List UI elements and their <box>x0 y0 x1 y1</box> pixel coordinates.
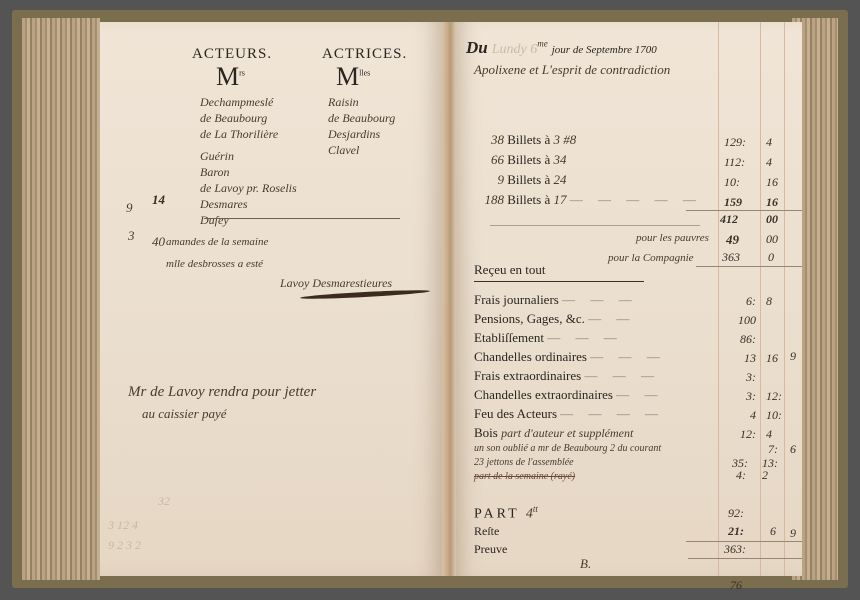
extra-row: 23 jettons de l'assemblée <box>474 456 661 470</box>
actor-name: Baron <box>200 164 297 180</box>
company-livres: 363 <box>722 250 740 265</box>
expense-livres-column: 6: 100 86: 13 3: 3: 4 12: <box>732 292 756 444</box>
reste-sols: 6 <box>770 524 776 539</box>
sum-rule <box>686 210 802 211</box>
received-label: Reçeu en tout <box>474 262 545 278</box>
faint-number: 3 12 4 <box>108 518 138 533</box>
actor-name: de Beaubourg <box>200 110 297 126</box>
ticket-row: 188 Billets à 17 — — — — — <box>478 190 702 210</box>
reste-deniers: 9 <box>790 526 796 541</box>
company-sols: 0 <box>768 250 774 265</box>
actor-name: Desmares <box>200 196 297 212</box>
ledger-column-line <box>760 22 761 576</box>
total-livres: 412 <box>720 212 738 227</box>
poor-livres: 49 <box>726 232 739 248</box>
date-line: Du Lundy 6me jour de Septembre 1700 <box>466 38 657 58</box>
sum-rule <box>696 266 802 267</box>
actress-name: de Beaubourg <box>328 110 395 126</box>
note-line: amandes de la semaine <box>166 236 268 248</box>
ticket-row: 66 Billets à 34 <box>478 150 702 170</box>
actor-name: Dechampmeslé <box>200 94 297 110</box>
ticket-sols-column: 4 4 16 16 <box>766 132 778 212</box>
sum-rule <box>688 558 802 559</box>
total-sols: 00 <box>766 212 778 227</box>
part-row: PART 4tt <box>474 504 538 523</box>
actresses-heading: ACTRICES. <box>322 46 407 63</box>
actor-name: de Lavoy pr. Roselis <box>200 180 297 196</box>
note-line: mlle desbrosses a esté <box>166 258 263 270</box>
handwritten-extras: un son oublié a mr de Beaubourg 2 du cou… <box>474 442 661 484</box>
list-divider <box>204 218 400 219</box>
reste-livres: 21: <box>728 524 744 539</box>
part-livres: 92: <box>728 506 744 521</box>
note-line: Mr de Lavoy rendra pour jetter <box>128 384 316 401</box>
divider <box>490 225 700 226</box>
date-day: Lundy 6 <box>492 42 538 57</box>
reste-label: Reſte <box>474 524 499 539</box>
margin-number: 3 <box>128 228 135 244</box>
expense-row: Chandelles extraordinaires — — <box>474 385 666 404</box>
ticket-list: 38 Billets à 3 #8 66 Billets à 34 9 Bill… <box>478 130 702 210</box>
actor-name: Dufey <box>200 212 297 228</box>
actor-name: Guérin <box>200 148 297 164</box>
ledger-column-line <box>718 22 719 576</box>
initial-mark: B. <box>580 556 591 572</box>
actress-name: Desjardins <box>328 126 395 142</box>
note-line: au caissier payé <box>142 406 226 422</box>
expense-row: Bois part d'auteur et supplément <box>474 423 666 443</box>
received-rule <box>474 281 644 282</box>
margin-number: 40 <box>152 234 165 250</box>
actors-title: Mrs <box>216 62 245 92</box>
ledger-column-line <box>784 22 785 576</box>
faint-number: 9 2 3 2 <box>108 538 141 553</box>
date-prefix: Du <box>466 38 488 57</box>
margin-number: 9 <box>126 200 133 216</box>
actress-name: Raisin <box>328 94 395 110</box>
preuve-livres: 363: <box>724 542 746 557</box>
footer-number: 76 <box>730 578 742 593</box>
actor-name: de La Thorilière <box>200 126 297 142</box>
book-gutter <box>442 22 456 576</box>
play-title: Apolixene et L'esprit de contradiction <box>474 62 670 78</box>
date-rest: jour de Septembre 1700 <box>552 44 657 56</box>
expense-deniers: 9 <box>790 349 796 364</box>
faint-number: 32 <box>158 494 170 509</box>
actresses-list: Raisin de Beaubourg Desjardins Clavel <box>328 94 395 158</box>
ticket-row: 9 Billets à 24 <box>478 170 702 190</box>
left-page-block-edge <box>22 18 100 580</box>
extra-sols: 2 <box>762 468 768 483</box>
margin-number: 14 <box>152 192 165 208</box>
expense-row: Pensions, Gages, &c. — — <box>474 309 666 328</box>
ticket-row: 38 Billets à 3 #8 <box>478 130 702 150</box>
right-page: Du Lundy 6me jour de Septembre 1700 Apol… <box>456 22 802 576</box>
expense-row: Frais extraordinaires — — — <box>474 366 666 385</box>
left-page: ACTEURS. ACTRICES. Mrs Mlles Dechampmesl… <box>100 22 442 576</box>
date-sup: me <box>537 39 548 49</box>
actors-list: Dechampmeslé de Beaubourg de La Thoriliè… <box>200 94 297 228</box>
poor-label: pour les pauvres <box>636 232 709 244</box>
actresses-title: Mlles <box>336 62 370 92</box>
note-signature: Lavoy Desmarestieures <box>280 276 392 291</box>
open-ledger-book: ACTEURS. ACTRICES. Mrs Mlles Dechampmesl… <box>12 10 848 588</box>
actress-name: Clavel <box>328 142 395 158</box>
expense-row: Chandelles ordinaires — — — <box>474 347 666 366</box>
extra-deniers: 6 <box>790 442 796 457</box>
extra-sols: 7: <box>768 442 778 457</box>
expense-sols-column: 8 16 12: 10: 4 <box>766 292 782 444</box>
expense-row: Etabliſſement — — — <box>474 328 666 347</box>
expense-row: Frais journaliers — — — <box>474 290 666 309</box>
extra-row: un son oublié a mr de Beaubourg 2 du cou… <box>474 442 661 456</box>
expense-row: Feu des Acteurs — — — — <box>474 404 666 423</box>
actors-heading: ACTEURS. <box>192 46 272 63</box>
extra-livres: 4: <box>736 468 746 483</box>
expense-labels: Frais journaliers — — — Pensions, Gages,… <box>474 290 666 443</box>
extra-row: part de la semaine (rayé) <box>474 470 661 484</box>
ticket-livres-column: 129: 112: 10: 159 <box>724 132 746 212</box>
company-label: pour la Compagnie <box>608 252 694 264</box>
poor-sols: 00 <box>766 232 778 247</box>
preuve-label: Preuve <box>474 542 507 557</box>
